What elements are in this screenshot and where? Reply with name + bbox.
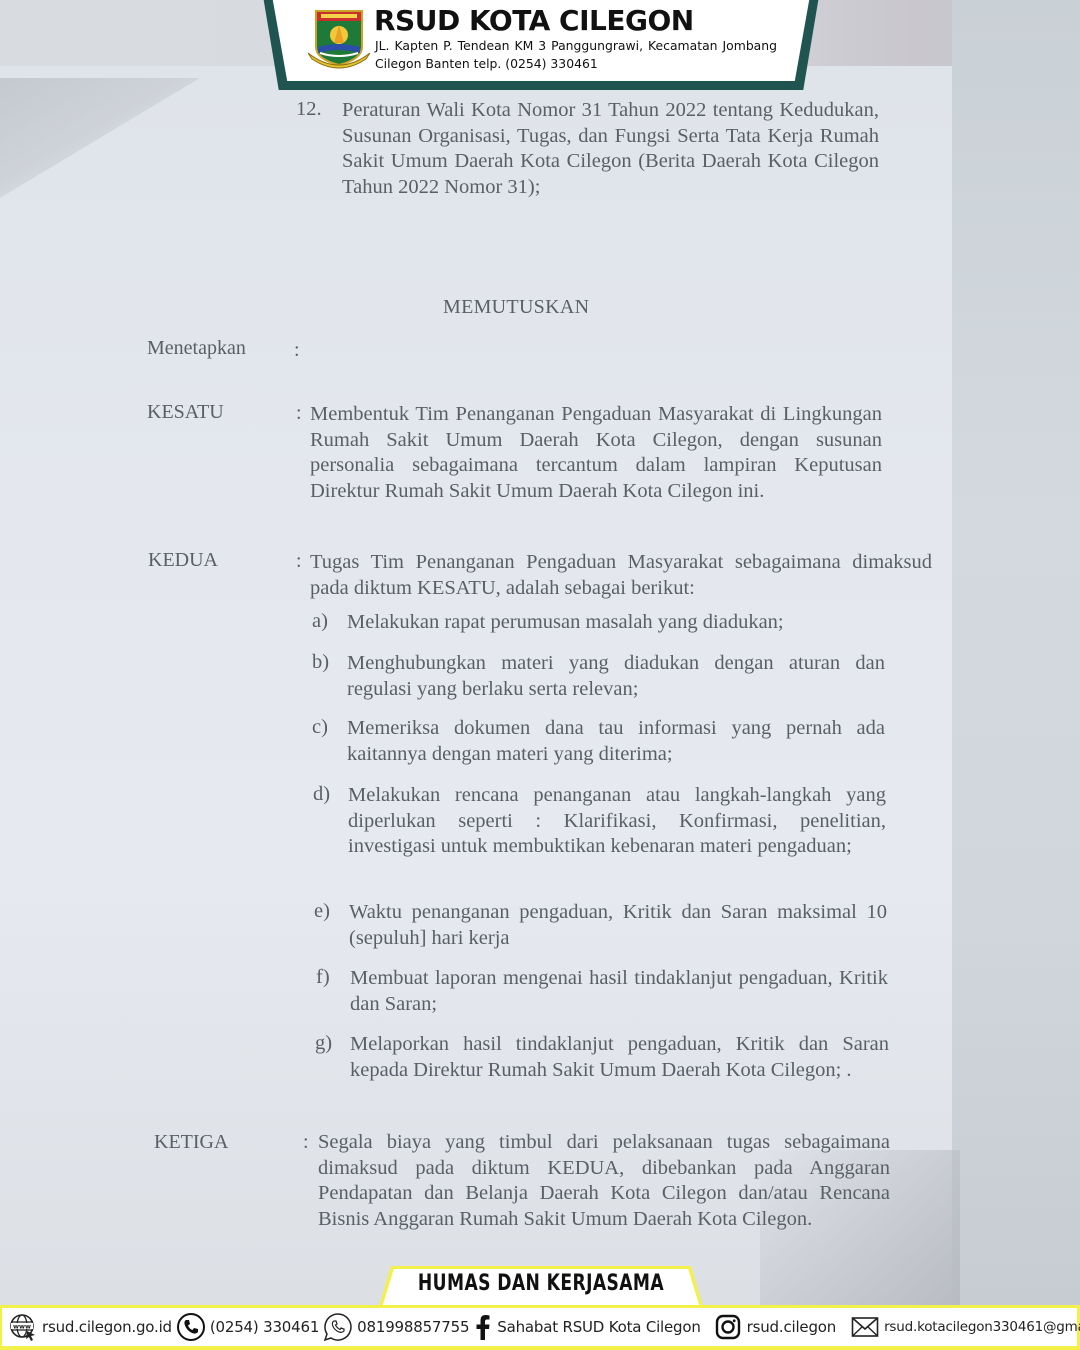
menetapkan-colon: :	[294, 339, 300, 362]
ketiga-label: KETIGA	[154, 1131, 228, 1154]
svg-text:www: www	[13, 1323, 31, 1331]
footer-tab-label: HUMAS DAN KERJASAMA	[414, 1271, 668, 1296]
footer-contact-bar: www rsud.cilegon.go.id (0254) 330461 081…	[2, 1308, 1077, 1346]
kesatu-label: KESATU	[147, 401, 224, 424]
item-12-text: Peraturan Wali Kota Nomor 31 Tahun 2022 …	[342, 98, 879, 200]
kedua-item-g-letter: g)	[315, 1032, 332, 1055]
item-12-number: 12.	[296, 98, 322, 121]
kedua-item-a-letter: a)	[312, 610, 328, 633]
kesatu-colon: :	[296, 402, 302, 425]
kedua-item-d-text: Melakukan rencana penanganan atau langka…	[348, 783, 886, 860]
whatsapp-text: 081998857755	[357, 1318, 469, 1336]
kesatu-text: Membentuk Tim Penanganan Pengaduan Masya…	[310, 402, 882, 504]
kedua-item-f-letter: f)	[316, 966, 330, 989]
ketiga-colon: :	[303, 1131, 309, 1154]
ketiga-text: Segala biaya yang timbul dari pelaksanaa…	[318, 1130, 890, 1232]
kedua-item-a-text: Melakukan rapat perumusan masalah yang d…	[347, 610, 887, 636]
contact-facebook[interactable]: Sahabat RSUD Kota Cilegon	[473, 1312, 700, 1342]
phone-text: (0254) 330461	[210, 1318, 319, 1336]
kedua-text: Tugas Tim Penanganan Pengaduan Masyaraka…	[310, 550, 932, 601]
decision-heading: MEMUTUSKAN	[443, 296, 589, 319]
facebook-icon	[473, 1312, 493, 1342]
background-right-strip	[952, 0, 1080, 1310]
kedua-item-d-letter: d)	[313, 783, 330, 806]
contact-website[interactable]: www rsud.cilegon.go.id	[8, 1312, 172, 1342]
facebook-text: Sahabat RSUD Kota Cilegon	[497, 1318, 700, 1336]
kedua-item-b-text: Menghubungkan materi yang diadukan denga…	[347, 651, 885, 702]
whatsapp-icon	[323, 1312, 353, 1342]
kedua-item-c-text: Memeriksa dokumen dana tau informasi yan…	[347, 716, 885, 767]
www-globe-icon: www	[8, 1312, 38, 1342]
contact-phone[interactable]: (0254) 330461	[176, 1312, 319, 1342]
kedua-colon: :	[296, 550, 302, 573]
header-banner: RSUD KOTA CILEGON JL. Kapten P. Tendean …	[262, 0, 820, 90]
email-text: rsud.kotacilegon330461@gmail.com	[884, 1319, 1080, 1335]
instagram-text: rsud.cilegon	[747, 1318, 836, 1336]
contact-email[interactable]: rsud.kotacilegon330461@gmail.com	[850, 1312, 1080, 1342]
kedua-item-g-text: Melaporkan hasil tindaklanjut pengaduan,…	[350, 1032, 889, 1083]
city-coat-of-arms-icon	[308, 7, 370, 71]
contact-whatsapp[interactable]: 081998857755	[323, 1312, 469, 1342]
header-title: RSUD KOTA CILEGON	[374, 4, 694, 37]
phone-icon	[176, 1312, 206, 1342]
menetapkan-label: Menetapkan	[147, 337, 246, 360]
mail-icon	[850, 1312, 880, 1342]
kedua-item-e-letter: e)	[314, 900, 330, 923]
kedua-item-f-text: Membuat laporan mengenai hasil tindaklan…	[350, 966, 888, 1017]
instagram-icon	[713, 1312, 743, 1342]
kedua-item-e-text: Waktu penanganan pengaduan, Kritik dan S…	[349, 900, 887, 951]
contact-instagram[interactable]: rsud.cilegon	[713, 1312, 836, 1342]
kedua-item-c-letter: c)	[312, 716, 328, 739]
kedua-label: KEDUA	[148, 549, 218, 572]
header-address: JL. Kapten P. Tendean KM 3 Panggungrawi,…	[375, 37, 777, 73]
website-text: rsud.cilegon.go.id	[42, 1318, 172, 1336]
kedua-item-b-letter: b)	[312, 651, 329, 674]
